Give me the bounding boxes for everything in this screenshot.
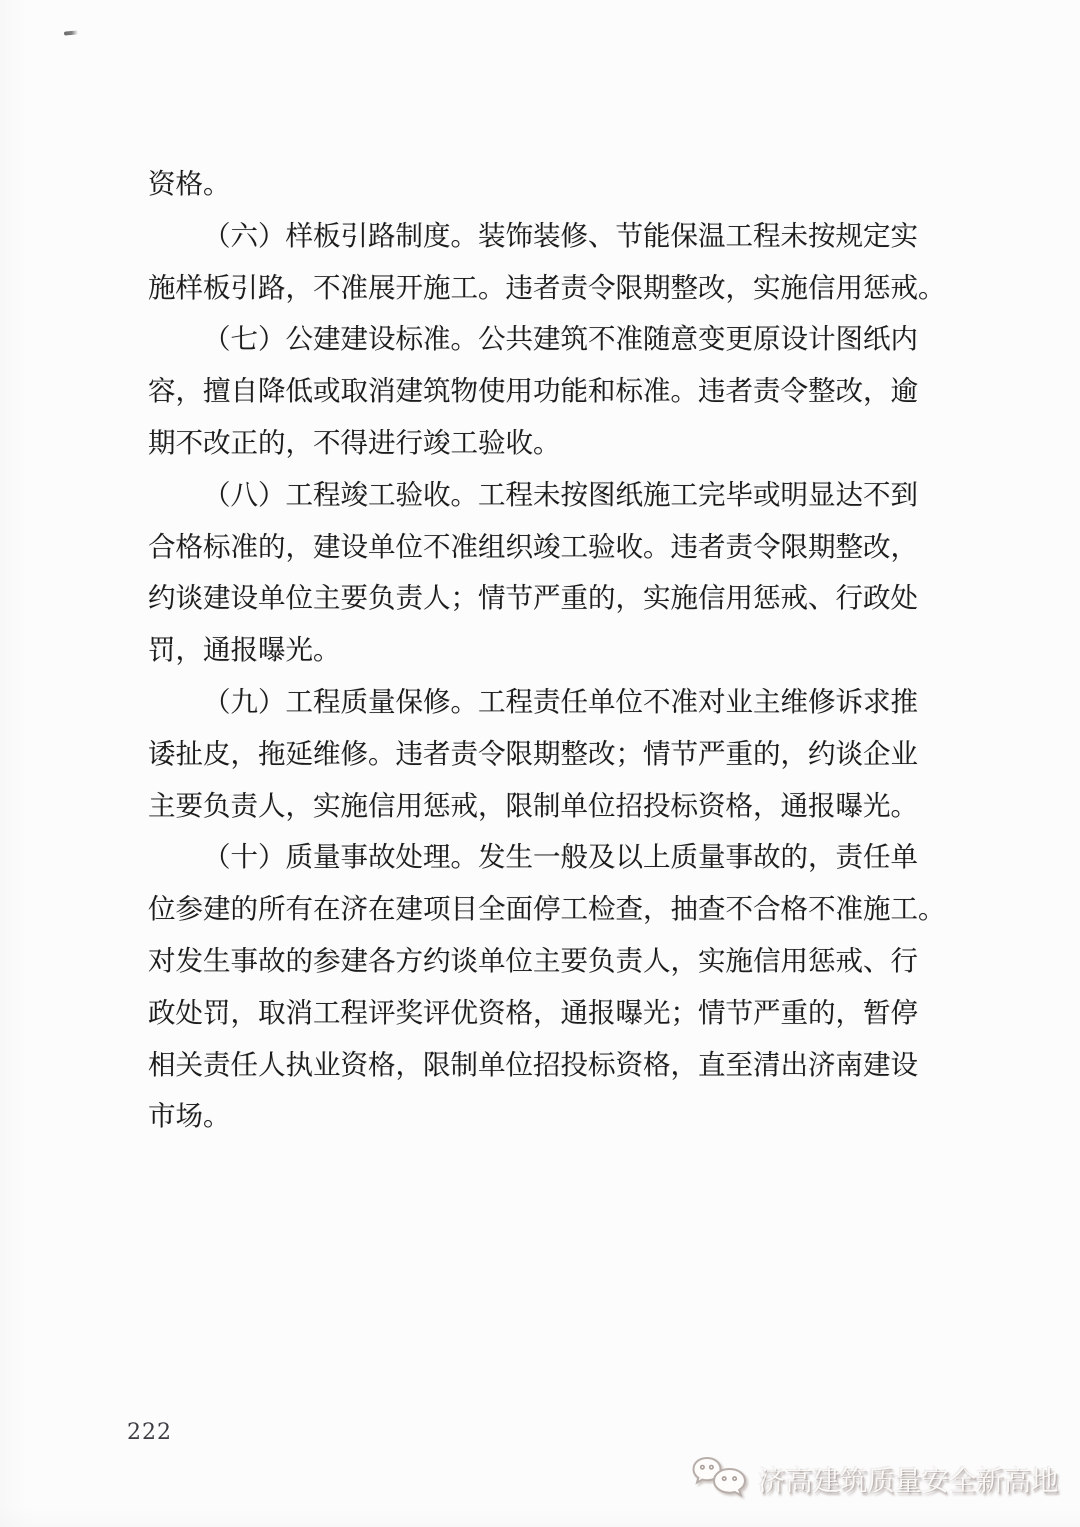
text-line: 合格标准的，建设单位不准组织竣工验收。违者责令限期整改，: [148, 521, 948, 573]
text-line: 对发生事故的参建各方约谈单位主要负责人，实施信用惩戒、行: [148, 935, 948, 987]
text-line: （八）工程竣工验收。工程未按图纸施工完毕或明显达不到: [148, 469, 948, 521]
text-line: （十）质量事故处理。发生一般及以上质量事故的，责任单: [148, 831, 948, 883]
text-line: 市场。: [148, 1090, 948, 1142]
text-line: 施样板引路，不准展开施工。违者责令限期整改，实施信用惩戒。: [148, 262, 948, 314]
text-line: 期不改正的，不得进行竣工验收。: [148, 417, 948, 469]
document-body-text: 资格。（六）样板引路制度。装饰装修、节能保温工程未按规定实施样板引路，不准展开施…: [148, 158, 948, 1142]
wechat-watermark: 济高建筑质量安全新高地: [690, 1452, 1058, 1504]
text-line: 资格。: [148, 158, 948, 210]
text-line: 约谈建设单位主要负责人；情节严重的，实施信用惩戒、行政处: [148, 572, 948, 624]
stray-pen-mark: [64, 30, 78, 35]
watermark-text: 济高建筑质量安全新高地: [758, 1458, 1058, 1498]
text-line: 容，擅自降低或取消建筑物使用功能和标准。违者责令整改，逾: [148, 365, 948, 417]
wechat-icon: [690, 1455, 750, 1501]
text-line: 罚，通报曝光。: [148, 624, 948, 676]
text-line: 主要负责人，实施信用惩戒，限制单位招投标资格，通报曝光。: [148, 780, 948, 832]
page-number: 222: [127, 1420, 172, 1445]
text-line: （七）公建建设标准。公共建筑不准随意变更原设计图纸内: [148, 313, 948, 365]
text-line: 政处罚，取消工程评奖评优资格，通报曝光；情节严重的，暂停: [148, 987, 948, 1039]
text-line: 相关责任人执业资格，限制单位招投标资格，直至清出济南建设: [148, 1039, 948, 1091]
text-line: （六）样板引路制度。装饰装修、节能保温工程未按规定实: [148, 210, 948, 262]
text-line: 位参建的所有在济在建项目全面停工检查，抽查不合格不准施工。: [148, 883, 948, 935]
text-line: 诿扯皮，拖延维修。违者责令限期整改；情节严重的，约谈企业: [148, 728, 948, 780]
text-line: （九）工程质量保修。工程责任单位不准对业主维修诉求推: [148, 676, 948, 728]
document-page: 资格。（六）样板引路制度。装饰装修、节能保温工程未按规定实施样板引路，不准展开施…: [0, 0, 1080, 1527]
